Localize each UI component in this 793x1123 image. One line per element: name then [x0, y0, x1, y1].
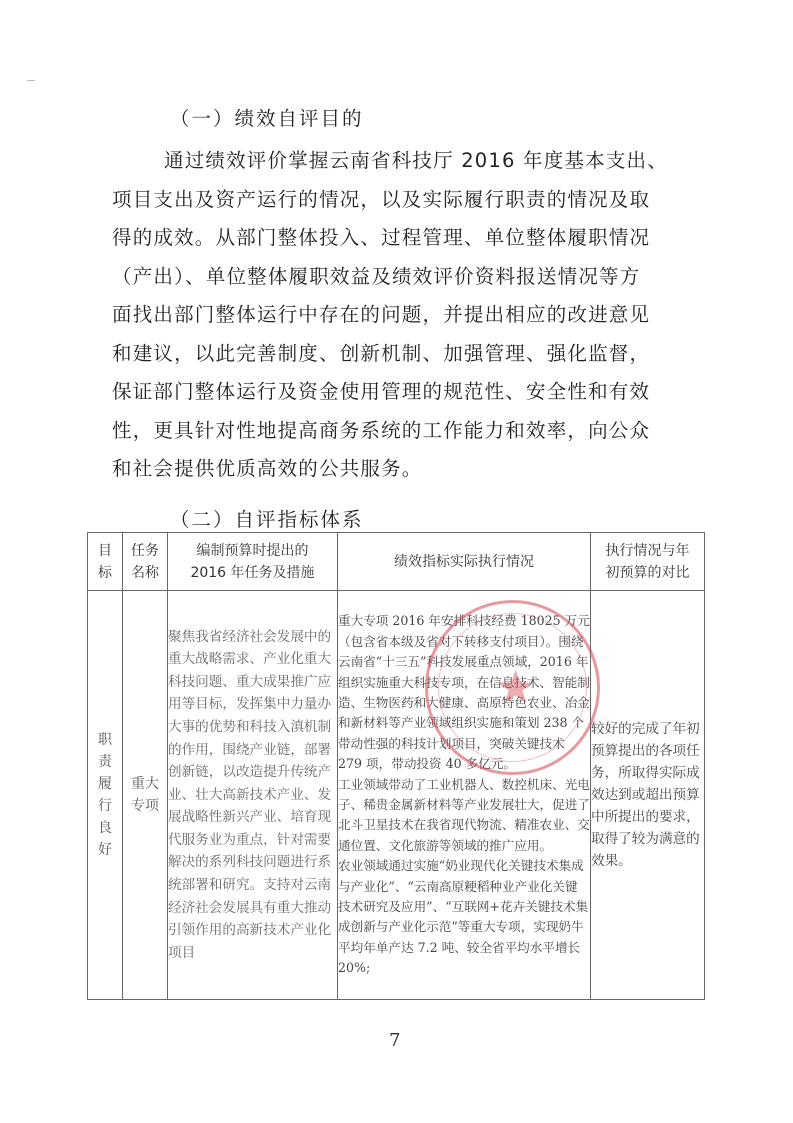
purpose-paragraph: 通过绩效评价掌握云南省科技厅 2016 年度基本支出、 项目支出及资产运行的情况…	[112, 142, 712, 489]
document-page: （一）绩效自评目的 通过绩效评价掌握云南省科技厅 2016 年度基本支出、 项目…	[0, 0, 793, 1123]
execution-paragraph: 工业领域带动了工业机器人、数控机床、光电子、稀贵金属新材料等产业发展壮大，促进了…	[338, 775, 590, 857]
paragraph-line: 性，更具针对性地提高商务系统的工作能力和效率，向公众	[112, 412, 712, 451]
header-comparison: 执行情况与年 初预算的对比	[591, 533, 705, 591]
cell-goal: 职 责 履 行 良 好	[88, 591, 123, 1000]
paragraph-line: 面找出部门整体运行中存在的问题，并提出相应的改进意见	[112, 296, 712, 335]
table-header-row: 目 标 任务 名称 编制预算时提出的 2016 年任务及措施 绩效指标实际执行情…	[88, 533, 705, 591]
header-goal: 目 标	[88, 533, 123, 591]
cell-task-name: 重大 专项	[123, 591, 168, 1000]
paragraph-line: 保证部门整体运行及资金使用管理的规范性、安全性和有效	[112, 373, 712, 412]
paragraph-line: 项目支出及资产运行的情况，以及实际履行职责的情况及取	[112, 181, 712, 220]
paragraph-line: 和社会提供优质高效的公共服务。	[112, 450, 712, 489]
paragraph-line: 通过绩效评价掌握云南省科技厅 2016 年度基本支出、	[112, 142, 712, 181]
execution-paragraph: 重大专项 2016 年安排科技经费 18025 万元（包含省本级及省对下转移支付…	[338, 611, 590, 774]
execution-paragraph: 农业领域通过实施“奶业现代化关键技术集成与产业化”、“云南高原粳稻种业产业化关键…	[338, 856, 590, 978]
header-actual-execution: 绩效指标实际执行情况	[338, 533, 591, 591]
scan-mark	[27, 80, 35, 81]
cell-budget-measures: 聚焦我省经济社会发展中的重大战略需求、产业化重大科技问题、重大成果推广应用等目标…	[168, 591, 338, 1000]
cell-actual-execution: 重大专项 2016 年安排科技经费 18025 万元（包含省本级及省对下转移支付…	[338, 591, 591, 1000]
cell-comparison: 较好的完成了年初预算提出的各项任务，所取得实际成效达到或超出预算中所提出的要求，…	[591, 591, 705, 1000]
header-task-name: 任务 名称	[123, 533, 168, 591]
table-row: 职 责 履 行 良 好 重大 专项 聚焦我省经济社会发展中的重大战略需求、产业化…	[88, 591, 705, 1000]
section-heading-indicators: （二）自评指标体系	[170, 504, 364, 532]
self-evaluation-table: 目 标 任务 名称 编制预算时提出的 2016 年任务及措施 绩效指标实际执行情…	[87, 532, 705, 1000]
paragraph-line: 得的成效。从部门整体投入、过程管理、单位整体履职情况	[112, 219, 712, 258]
section-heading-purpose: （一）绩效自评目的	[170, 103, 364, 131]
paragraph-line: 和建议，以此完善制度、创新机制、加强管理、强化监督，	[112, 335, 712, 374]
page-number: 7	[389, 1030, 400, 1051]
paragraph-line: （产出）、单位整体履职效益及绩效评价资料报送情况等方	[112, 258, 712, 297]
header-budget-tasks: 编制预算时提出的 2016 年任务及措施	[168, 533, 338, 591]
